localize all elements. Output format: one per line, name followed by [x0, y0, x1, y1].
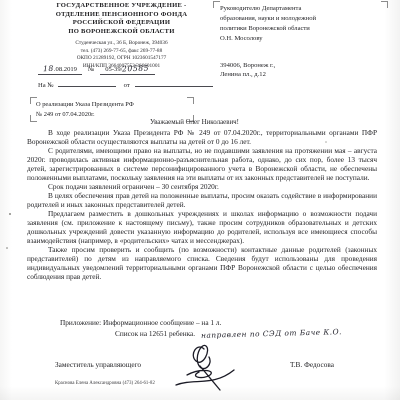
recipient-block: Руководителю Департамента образования, н… — [220, 4, 390, 80]
number-sign: № — [88, 66, 94, 73]
reply-number-label: На № — [38, 82, 54, 89]
reply-ref-line: На №от — [38, 80, 213, 89]
corner-mark — [213, 1, 220, 8]
reply-date-label: от — [124, 82, 130, 89]
signer-name: Т.В. Федосова — [290, 360, 334, 369]
recipient-address-line: 394006, Воронеж г., — [220, 61, 390, 71]
handwritten-annotation: направлен по СЭД от Баче К.О. — [201, 326, 342, 341]
outgoing-ref-line: 18.08.2019№05-39/20585 — [38, 64, 155, 73]
attachment-block: Приложение: Информационное сообщение – н… — [27, 317, 387, 339]
sender-address-line: ОКПО 21289192, ОГРН 1023601547177 — [24, 55, 219, 63]
reply-date-blank — [135, 80, 213, 87]
recipient-line: политики Воронежской области — [220, 24, 390, 34]
body-paragraph: В ходе реализации Указа Президента РФ № … — [27, 128, 377, 146]
sender-org-line: ПО ВОРОНЕЖСКОЙ ОБЛАСТИ — [24, 28, 219, 37]
handwritten-day: 18 — [43, 64, 54, 73]
corner-mark — [30, 97, 37, 104]
corner-mark — [187, 97, 194, 104]
subject-line: № 249 от 07.04.2020г. — [36, 110, 188, 120]
body-paragraph: С родителями, имеющими право на выплаты,… — [27, 146, 377, 182]
printed-date: .08.2019 — [54, 66, 77, 73]
scan-speck — [325, 141, 327, 143]
body-paragraph: Срок подачи заявлений ограничен – 30 сен… — [27, 182, 377, 191]
sender-org-line: РОССИЙСКОЙ ФЕДЕРАЦИИ — [24, 19, 219, 28]
recipient-name: О.Н. Мосолову — [220, 34, 390, 44]
body-paragraph: Предлагаем разместить в дошкольных учреж… — [27, 209, 377, 245]
subject-line: О реализации Указа Президента РФ — [36, 100, 188, 110]
scanned-letter-page: ГОСУДАРСТВЕННОЕ УЧРЕЖДЕНИЕ - ОТДЕЛЕНИЕ П… — [0, 0, 400, 400]
signer-position: Заместитель управляющего — [55, 360, 141, 369]
outgoing-date: 18.08.2019 — [38, 66, 82, 75]
handwritten-ref-number: 20585 — [122, 64, 149, 74]
recipient-address: 394006, Воронеж г., Ленина пл., д.12 — [220, 61, 390, 81]
corner-mark — [30, 115, 37, 122]
letter-body: В ходе реализации Указа Президента РФ № … — [27, 128, 377, 281]
body-paragraph: В целях обеспечения прав детей на положе… — [27, 191, 377, 209]
scan-speck — [9, 213, 11, 215]
attachment-list-text: Список на 12651 ребенка. — [115, 329, 195, 338]
sender-org-name: ГОСУДАРСТВЕННОЕ УЧРЕЖДЕНИЕ - ОТДЕЛЕНИЕ П… — [24, 2, 219, 37]
handwritten-signature — [160, 340, 252, 392]
scan-speck — [6, 247, 8, 249]
printed-ref-prefix: 05-39/ — [105, 66, 122, 73]
attachment-line: Список на 12651 ребенка. направлен по СЭ… — [115, 328, 387, 339]
sender-address-line: Студенческая ул., 36 Б, Воронеж, 394036 — [24, 40, 219, 48]
recipient-address-line: Ленина пл., д.12 — [220, 70, 390, 80]
body-paragraph: Также просим проверить и сообщить (по во… — [27, 245, 377, 281]
executor-contact: Краснова Елена Александровна (473) 264-6… — [55, 381, 155, 386]
salutation: Уважаемый Олег Николаевич! — [150, 119, 239, 126]
outgoing-number: 05-39/20585 — [100, 66, 154, 75]
corner-mark — [381, 1, 388, 8]
recipient-line: Руководителю Департамента — [220, 4, 390, 14]
sender-org-line: ГОСУДАРСТВЕННОЕ УЧРЕЖДЕНИЕ - — [24, 2, 219, 11]
recipient-line: образования, науки и молодежной — [220, 14, 390, 24]
reply-number-blank — [58, 80, 116, 87]
sender-address-line: тел. (473) 269-77-65, факс 269-77-88 — [24, 48, 219, 56]
